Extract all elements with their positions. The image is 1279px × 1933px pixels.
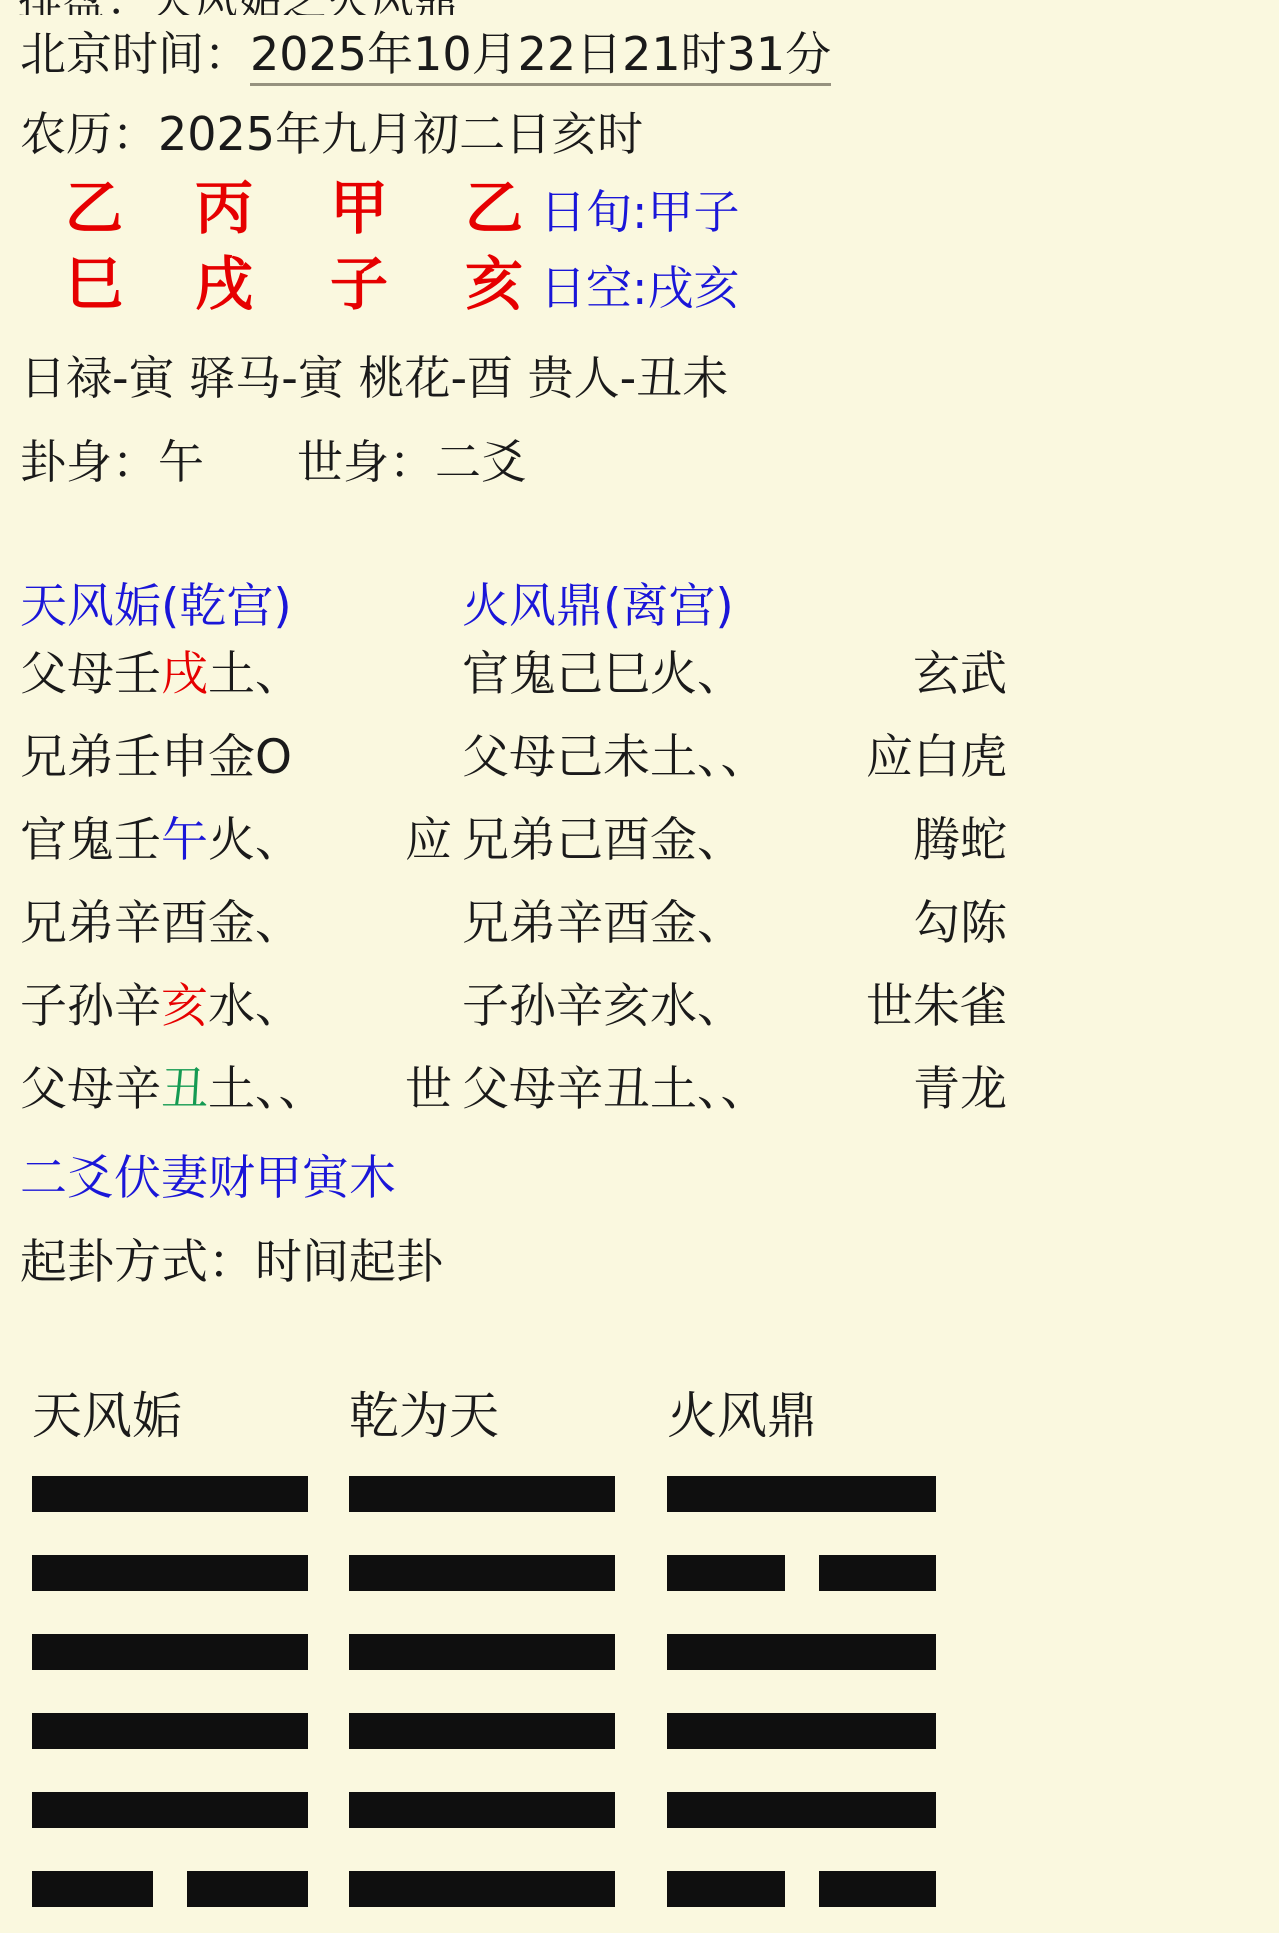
main-hexagram-line-text: 兄弟壬申金O <box>20 729 292 788</box>
day-cycle-label: 日旬:甲子 <box>540 184 740 242</box>
gua-shen-label: 卦身：午 <box>20 434 204 492</box>
six-spirit-label: 朱雀 <box>913 978 1007 1037</box>
marker-and-spirit-group: 腾蛇 <box>913 812 1007 871</box>
hexagram-bars <box>667 1476 936 1907</box>
line-text-segment: 兄弟壬申金O <box>20 730 292 785</box>
solid-bar <box>667 1713 936 1749</box>
changed-hexagram-line-text: 子孙辛亥水、 <box>462 978 744 1037</box>
yang-line-bar <box>349 1476 615 1512</box>
solid-bar <box>32 1634 308 1670</box>
line-text-segment: 亥 <box>161 979 208 1034</box>
world-response-marker: 世 <box>405 1061 452 1120</box>
yang-line-bar <box>32 1634 308 1670</box>
marker-and-spirit-group: 应白虎 <box>866 729 1007 788</box>
beijing-time-label: 北京时间： <box>20 27 250 81</box>
pillar-stem-day: 甲 <box>330 172 388 245</box>
broken-bar-segment <box>667 1555 785 1591</box>
line-text-segment: 土、、 <box>208 1062 326 1117</box>
world-response-marker: 世 <box>866 978 913 1037</box>
six-spirit-label: 青龙 <box>913 1061 1007 1120</box>
changed-hexagram-line-text: 官鬼己巳火、 <box>462 646 744 705</box>
broken-bar-segment <box>187 1871 308 1907</box>
broken-bar-segment <box>819 1555 937 1591</box>
world-response-marker: 应 <box>405 812 452 871</box>
hexagram-diagram-gou: 天风姤 <box>32 1388 308 1907</box>
pillar-branch-month: 戌 <box>195 248 253 321</box>
solid-bar <box>349 1555 615 1591</box>
pillar-branch-day: 子 <box>330 248 388 321</box>
changed-hexagram-title: 火风鼎(离宫) <box>462 578 734 637</box>
top-clipped-line: 排盘：天风姤之火风鼎 <box>18 0 738 15</box>
yang-line-bar <box>349 1792 615 1828</box>
yang-line-bar <box>349 1713 615 1749</box>
yang-line-bar <box>667 1476 936 1512</box>
six-spirit-label: 腾蛇 <box>913 812 1007 871</box>
hexagram-line-row: 父母辛丑土、、世父母辛丑土、、青龙 <box>0 1061 1279 1123</box>
solid-bar <box>349 1871 615 1907</box>
hexagram-bars <box>32 1476 308 1907</box>
line-text-segment: 子孙辛 <box>20 979 161 1034</box>
main-hexagram-line-text: 官鬼壬午火、 <box>20 812 302 871</box>
yang-line-bar <box>32 1792 308 1828</box>
main-hexagram-line-text: 子孙辛亥水、 <box>20 978 302 1037</box>
hexagram-line-row: 兄弟辛酉金、兄弟辛酉金、勾陈 <box>0 895 1279 957</box>
line-text-segment: 父母壬 <box>20 647 161 702</box>
yin-line-bar <box>667 1871 936 1907</box>
hexagram-line-row: 兄弟壬申金O父母己未土、、应白虎 <box>0 729 1279 791</box>
yang-line-bar <box>667 1713 936 1749</box>
six-spirit-label: 勾陈 <box>913 895 1007 954</box>
line-text-segment: 戌 <box>161 647 208 702</box>
solid-bar <box>667 1634 936 1670</box>
marker-and-spirit-group: 青龙 <box>913 1061 1007 1120</box>
hexagram-line-row: 父母壬戌土、官鬼己巳火、玄武 <box>0 646 1279 708</box>
yang-line-bar <box>349 1634 615 1670</box>
hexagram-diagram-label: 火风鼎 <box>667 1388 936 1446</box>
broken-bar-segment <box>667 1871 785 1907</box>
solid-bar <box>32 1476 308 1512</box>
yang-line-bar <box>349 1555 615 1591</box>
main-hexagram-line-text: 父母辛丑土、、 <box>20 1061 326 1120</box>
six-spirit-label: 玄武 <box>913 646 1007 705</box>
pillar-stem-month: 丙 <box>195 172 253 245</box>
pillar-branch-year: 巳 <box>65 248 123 321</box>
line-text-segment: 父母辛 <box>20 1062 161 1117</box>
yang-line-bar <box>32 1476 308 1512</box>
line-text-segment: 午 <box>161 813 208 868</box>
line-text-segment: 水、 <box>208 979 302 1034</box>
changed-hexagram-line-text: 兄弟辛酉金、 <box>462 895 744 954</box>
hexagram-diagram-ding: 火风鼎 <box>667 1388 936 1907</box>
hexagram-line-row: 官鬼壬午火、应兄弟己酉金、腾蛇 <box>0 812 1279 874</box>
lunar-date-line: 农历：2025年九月初二日亥时 <box>20 106 643 164</box>
changed-hexagram-line-text: 兄弟己酉金、 <box>462 812 744 871</box>
solid-bar <box>349 1792 615 1828</box>
changed-hexagram-line-text: 父母辛丑土、、 <box>462 1061 768 1120</box>
line-text-segment: 土、 <box>208 647 302 702</box>
shi-shen-label: 世身：二爻 <box>297 434 527 492</box>
yang-line-bar <box>349 1871 615 1907</box>
hexagram-line-row: 子孙辛亥水、子孙辛亥水、世朱雀 <box>0 978 1279 1040</box>
solid-bar <box>667 1792 936 1828</box>
solid-bar <box>349 1713 615 1749</box>
main-hexagram-line-text: 兄弟辛酉金、 <box>20 895 302 954</box>
marker-and-spirit-group: 勾陈 <box>913 895 1007 954</box>
hexagram-bars <box>349 1476 615 1907</box>
line-text-segment: 火、 <box>208 813 302 868</box>
pillar-stem-hour: 乙 <box>465 172 523 245</box>
yin-line-bar <box>32 1871 308 1907</box>
marker-and-spirit-group: 玄武 <box>913 646 1007 705</box>
pillar-branch-hour: 亥 <box>465 248 523 321</box>
changed-hexagram-line-text: 父母己未土、、 <box>462 729 768 788</box>
solid-bar <box>32 1713 308 1749</box>
liuyao-divination-screen: 排盘：天风姤之火风鼎 北京时间：2025年10月22日21时31分 农历：202… <box>0 0 1279 1933</box>
yang-line-bar <box>32 1713 308 1749</box>
yang-line-bar <box>667 1634 936 1670</box>
broken-bar-segment <box>819 1871 937 1907</box>
beijing-time-line: 北京时间：2025年10月22日21时31分 <box>20 26 831 84</box>
main-hexagram-title: 天风姤(乾宫) <box>20 578 292 637</box>
casting-method-line: 起卦方式：时间起卦 <box>20 1234 443 1293</box>
hexagram-diagram-label: 乾为天 <box>349 1388 615 1446</box>
hexagram-diagram-label: 天风姤 <box>32 1388 308 1446</box>
line-text-segment: 官鬼壬 <box>20 813 161 868</box>
top-clipped-text: 排盘：天风姤之火风鼎 <box>18 0 458 15</box>
beijing-time-value: 2025年10月22日21时31分 <box>250 27 831 86</box>
six-spirit-label: 白虎 <box>913 729 1007 788</box>
solid-bar <box>349 1476 615 1512</box>
shensha-line: 日禄-寅 驿马-寅 桃花-酉 贵人-丑未 <box>20 350 728 408</box>
marker-and-spirit-group: 世朱雀 <box>866 978 1007 1037</box>
broken-bar-segment <box>32 1871 153 1907</box>
line-text-segment: 兄弟辛酉金、 <box>20 896 302 951</box>
yang-line-bar <box>667 1792 936 1828</box>
main-hexagram-line-text: 父母壬戌土、 <box>20 646 302 705</box>
solid-bar <box>32 1792 308 1828</box>
line-text-segment: 丑 <box>161 1062 208 1117</box>
solid-bar <box>32 1555 308 1591</box>
solid-bar <box>349 1634 615 1670</box>
yin-line-bar <box>667 1555 936 1591</box>
world-response-marker: 应 <box>866 729 913 788</box>
solid-bar <box>667 1476 936 1512</box>
yang-line-bar <box>32 1555 308 1591</box>
hexagram-diagram-qian: 乾为天 <box>349 1388 615 1907</box>
hidden-spirit-line: 二爻伏妻财甲寅木 <box>20 1150 396 1209</box>
day-void-label: 日空:戌亥 <box>540 260 740 318</box>
pillar-stem-year: 乙 <box>65 172 123 245</box>
